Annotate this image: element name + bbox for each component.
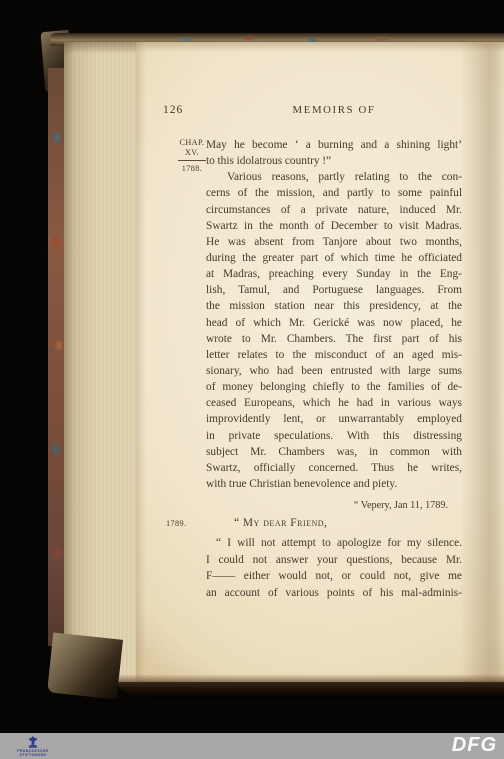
margin-year-letter: 1789. xyxy=(166,519,186,528)
body-line: head of which Mr. Gerické was now placed… xyxy=(206,315,462,331)
book-bottom-shadow xyxy=(118,674,504,698)
chapter-label: CHAP. xyxy=(174,138,210,148)
library-emblem-icon xyxy=(27,736,39,748)
body-line: cerns of the mission, and partly to some… xyxy=(206,185,462,201)
margin-chapter-note: CHAP. XV. 1788. xyxy=(174,138,210,173)
body-line: ceased Europeans, which he had in variou… xyxy=(206,395,462,411)
body-line: at Madras, preaching every Sunday in the… xyxy=(206,266,462,282)
letter-text: “ I will not attempt to apologize for my… xyxy=(206,535,462,601)
letter-line: “ I will not attempt to apologize for my… xyxy=(206,535,462,552)
letter-dateline: “ Vepery, Jan 11, 1789. xyxy=(206,500,448,511)
body-line: Various reasons, partly relating to the … xyxy=(206,169,462,185)
library-logo: FRANCKESCHE STIFTUNGEN xyxy=(10,736,56,757)
body-line: letter relates to the misconduct of an a… xyxy=(206,347,462,363)
body-line: improvidently lent, or unwarrantably emp… xyxy=(206,411,462,427)
body-line: wrote to Mr. Chambers. The first part of… xyxy=(206,331,462,347)
body-line: to this idolatrous country !” xyxy=(206,153,462,169)
book-cover-corner-bottom xyxy=(47,633,123,700)
body-line: sionary, who had been entrusted with lar… xyxy=(206,363,462,379)
body-line: lish, Tamul, and Portuguese languages. F… xyxy=(206,282,462,298)
body-line: with true Christian benevolence and piet… xyxy=(206,476,462,492)
body-line: May he become ‘ a burning and a shining … xyxy=(206,137,462,153)
chapter-rule xyxy=(178,160,206,161)
body-line: He was absent from Tanjore about two mon… xyxy=(206,234,462,250)
body-line: Swartz, officially concerned. Thus he wr… xyxy=(206,460,462,476)
body-line: of money belonging chiefly to the famili… xyxy=(206,379,462,395)
footer-bar xyxy=(0,733,504,759)
running-title: MEMOIRS OF xyxy=(206,104,462,116)
body-line: the mission station near this presidency… xyxy=(206,298,462,314)
body-line: in private speculations. With this distr… xyxy=(206,428,462,444)
letter-line: I could not answer your questions, becau… xyxy=(206,552,462,569)
letter-line: an account of various points of his mal-… xyxy=(206,585,462,602)
chapter-number: XV. xyxy=(174,148,210,158)
letter-line: F—— either would not, or could not, give… xyxy=(206,568,462,585)
page-number: 126 xyxy=(163,104,183,116)
library-logo-text-line2: STIFTUNGEN xyxy=(10,753,56,757)
body-text: May he become ‘ a burning and a shining … xyxy=(206,137,462,492)
body-line: during the greater part of which time he… xyxy=(206,250,462,266)
body-line: Swartz in the month of December to visit… xyxy=(206,218,462,234)
book-page-stack-edge xyxy=(64,42,138,682)
dfg-logo: DFG xyxy=(452,734,497,757)
margin-year-top: 1788. xyxy=(174,164,210,174)
body-line: circumstances of a private nature, induc… xyxy=(206,202,462,218)
scanned-book-viewer: 126 MEMOIRS OF CHAP. XV. 1788. 1789. May… xyxy=(0,0,504,759)
letter-salutation: “ My dear Friend, xyxy=(206,517,462,529)
body-line: subject Mr. Chambers was, in common with xyxy=(206,444,462,460)
